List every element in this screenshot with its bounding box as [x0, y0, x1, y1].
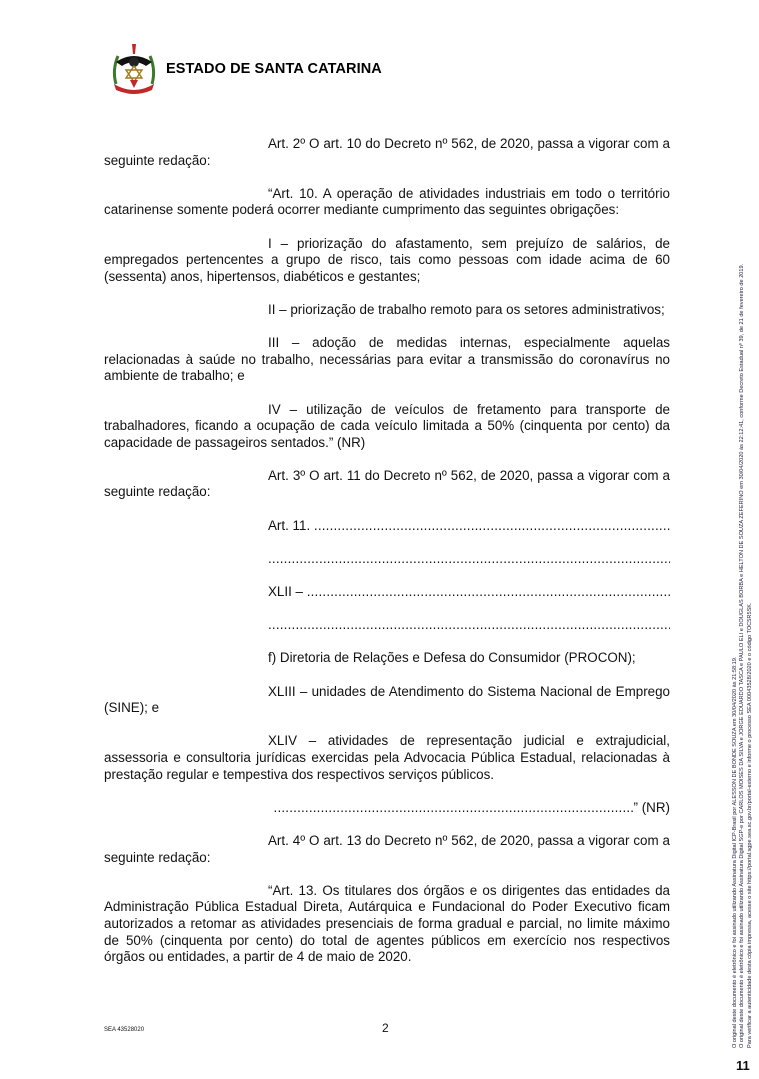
sheet-number: 11	[736, 1058, 750, 1073]
art10-item-i: I – priorização do afastamento, sem prej…	[104, 236, 670, 286]
art11-line: Art. 11. ...............................…	[104, 518, 670, 535]
ellipsis-line: ........................................…	[104, 617, 670, 634]
ellipsis-dots: ........................................…	[268, 551, 670, 566]
xliii-item: XLIII – unidades de Atendimento do Siste…	[104, 684, 670, 717]
xlii-label: XLII –	[268, 584, 307, 599]
art3-intro: Art. 3º O art. 11 do Decreto nº 562, de …	[104, 468, 670, 501]
procon-item: f) Diretoria de Relações e Defesa do Con…	[104, 650, 670, 667]
stamp-line-3: Para verificar a autenticidade desta cóp…	[747, 128, 754, 1048]
ellipsis-dots: ........................................…	[314, 518, 670, 533]
xliv-item: XLIV – atividades de representação judic…	[104, 733, 670, 783]
ellipsis-dots: ........................................…	[268, 617, 670, 632]
nr-close-line: ........................................…	[104, 800, 670, 817]
art10-item-iii: III – adoção de medidas internas, especi…	[104, 335, 670, 385]
art10-caput: “Art. 10. A operação de atividades indus…	[104, 186, 670, 219]
ellipsis-line: ........................................…	[104, 551, 670, 568]
document-header: ESTADO DE SANTA CATARINA	[108, 40, 382, 96]
art2-intro: Art. 2º O art. 10 do Decreto nº 562, de …	[104, 136, 670, 169]
xlii-line: XLII – .................................…	[104, 584, 670, 601]
art4-intro: Art. 4º O art. 13 do Decreto nº 562, de …	[104, 833, 670, 866]
footer-doc-code: SEA 43528020	[104, 1027, 144, 1033]
art13-caput: “Art. 13. Os titulares dos órgãos e os d…	[104, 883, 670, 966]
decree-body: Art. 2º O art. 10 do Decreto nº 562, de …	[104, 136, 670, 966]
stamp-line-2: O original deste documento é eletrônico …	[739, 128, 746, 1048]
footer-page-number: 2	[382, 1021, 389, 1035]
art10-item-iv: IV – utilização de veículos de fretament…	[104, 402, 670, 452]
stamp-line-1: O original deste documento é eletrônico …	[732, 128, 739, 1048]
art11-label: Art. 11.	[268, 518, 314, 533]
state-name-heading: ESTADO DE SANTA CATARINA	[166, 61, 382, 77]
nr-close: ” (NR)	[634, 800, 670, 817]
santa-catarina-coat-of-arms-icon	[108, 40, 160, 96]
art10-item-ii: II – priorização de trabalho remoto para…	[104, 302, 670, 319]
ellipsis-dots: ........................................…	[274, 800, 634, 817]
digital-signature-stamp: O original deste documento é eletrônico …	[732, 128, 754, 1048]
ellipsis-dots: ........................................…	[307, 584, 670, 599]
